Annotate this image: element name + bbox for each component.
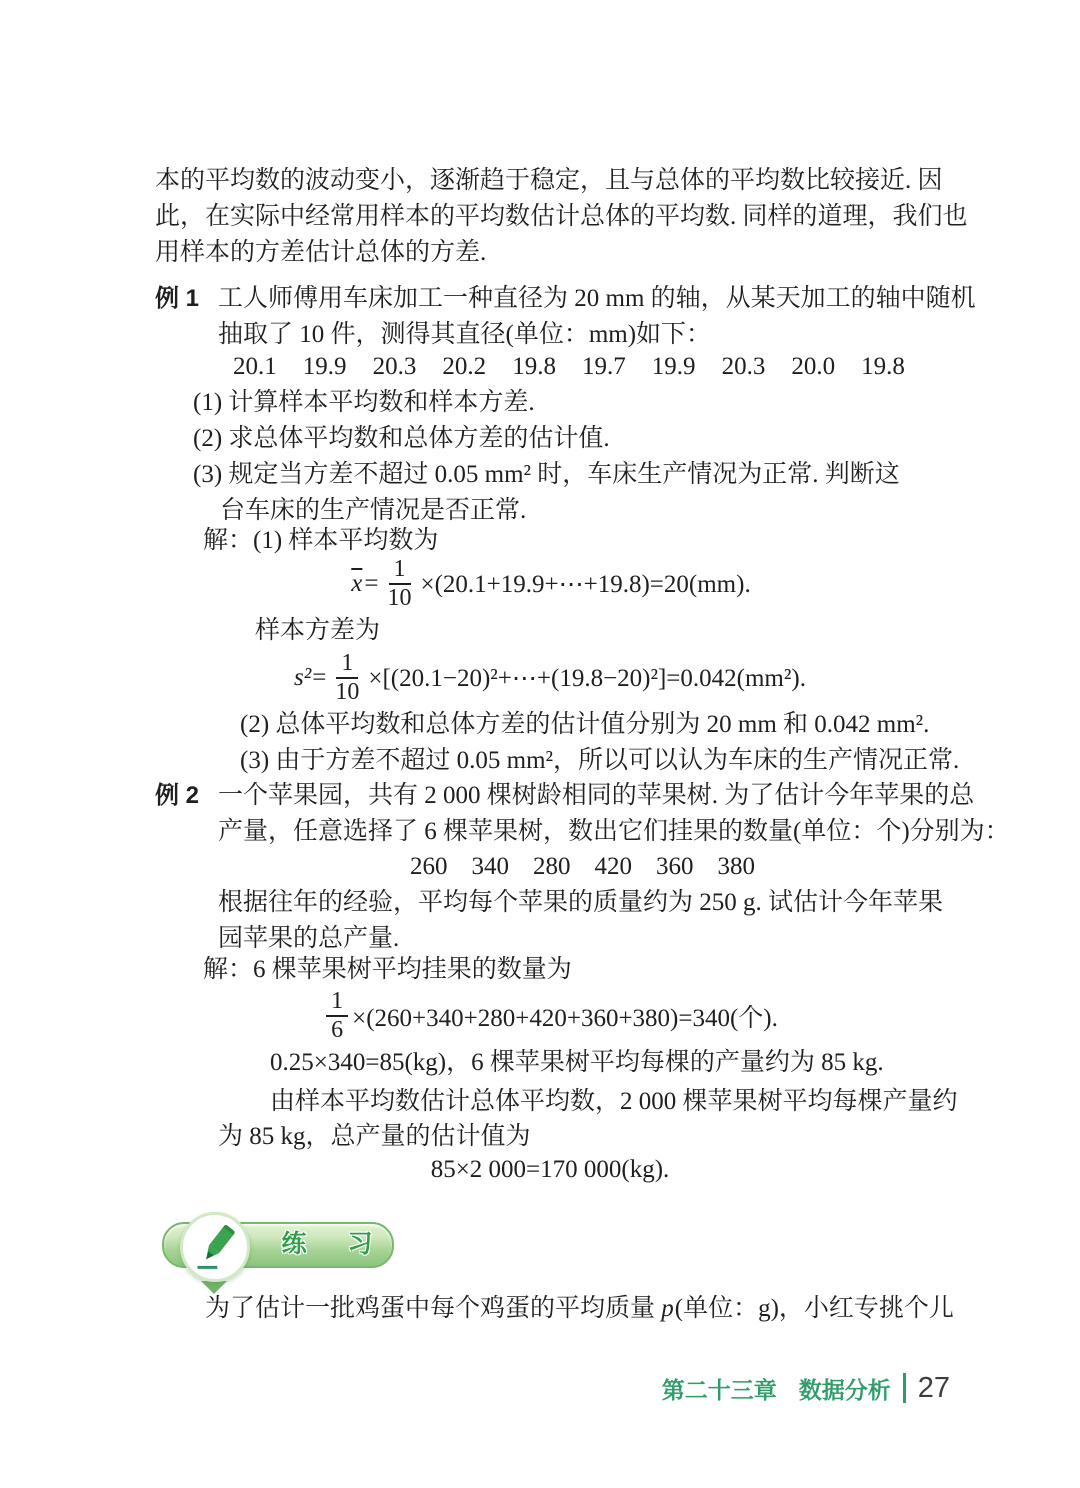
- example1-question-2: (2) 求总体平均数和总体方差的估计值.: [193, 422, 983, 456]
- page-footer: 第二十三章 数据分析 27: [155, 1368, 950, 1408]
- total-formula-expression: 85×2 000=170 000(kg).: [431, 1156, 670, 1184]
- practice-badge-label: 练 习: [276, 1227, 386, 1261]
- data-value: 20.3: [722, 350, 766, 384]
- total-formula: 85×2 000=170 000(kg).: [155, 1150, 945, 1190]
- data-value: 20.1: [233, 350, 277, 384]
- footer-chapter: 第二十三章: [662, 1372, 777, 1405]
- example2-mass-line: 0.25×340=85(kg)，6 棵苹果树平均每棵的产量约为 85 kg.: [270, 1046, 1060, 1080]
- example1-data-row: 20.1 19.9 20.3 20.2 19.8 19.7 19.9 20.3 …: [233, 350, 905, 384]
- practice-badge-circle: [180, 1212, 250, 1282]
- data-value: 280: [533, 850, 571, 884]
- example1-answer-2: (2) 总体平均数和总体方差的估计值分别为 20 mm 和 0.042 mm².: [240, 708, 1030, 742]
- pencil-icon: [187, 1219, 243, 1275]
- example2-body-line: 一个苹果园，共有 2 000 棵树龄相同的苹果树. 为了估计今年苹果的总: [218, 779, 1008, 813]
- example2-estimate-line: 为 85 kg，总产量的估计值为: [218, 1120, 1008, 1154]
- example2-solution-intro: 解：6 棵苹果树平均挂果的数量为: [203, 953, 993, 987]
- data-value: 19.8: [861, 350, 905, 384]
- practice-badge: 练 习: [158, 1210, 408, 1296]
- example1-question-3-line: (3) 规定当方差不超过 0.05 mm² 时，车床生产情况为正常. 判断这: [193, 458, 983, 492]
- variance-label: 样本方差为: [255, 614, 1045, 648]
- data-value: 20.0: [791, 350, 835, 384]
- practice-text-post: (单位：g)，小红专挑个儿: [675, 1295, 954, 1322]
- equals-sign: =: [364, 570, 378, 598]
- average-formula: 16×(260+340+280+420+360+380)=340(个).: [155, 984, 945, 1048]
- mean-formula: x=110×(20.1+19.9+⋯+19.8)=20(mm).: [155, 552, 945, 616]
- p-variable: p: [661, 1295, 675, 1322]
- textbook-page: 本的平均数的波动变小，逐渐趋于稳定，且与总体的平均数比较接近. 因 此，在实际中…: [0, 0, 1080, 1488]
- fraction-denominator: 10: [383, 585, 417, 612]
- data-value: 340: [472, 850, 510, 884]
- data-value: 19.8: [512, 350, 556, 384]
- data-value: 260: [410, 850, 448, 884]
- fraction: 16: [326, 988, 348, 1044]
- variance-formula: s²=110×[(20.1−20)²+⋯+(19.8−20)²]=0.042(m…: [155, 646, 945, 710]
- fraction-numerator: 1: [389, 556, 411, 585]
- example1-question-1: (1) 计算样本平均数和样本方差.: [193, 386, 983, 420]
- example1-body-line: 工人师傅用车床加工一种直径为 20 mm 的轴，从某天加工的轴中随机: [218, 282, 1008, 316]
- data-value: 20.2: [442, 350, 486, 384]
- example2-note-line: 园苹果的总产量.: [218, 922, 1008, 956]
- practice-text-pre: 为了估计一批鸡蛋中每个鸡蛋的平均质量: [205, 1295, 661, 1322]
- example1-body-line: 抽取了 10 件，测得其直径(单位：mm)如下：: [218, 318, 1008, 352]
- footer-divider: [903, 1373, 906, 1403]
- data-value: 380: [718, 850, 756, 884]
- equals-sign: =: [312, 664, 326, 692]
- data-value: 20.3: [373, 350, 417, 384]
- s-squared-variable: s²: [294, 664, 312, 692]
- data-value: 19.7: [582, 350, 626, 384]
- variance-formula-expression: ×[(20.1−20)²+⋯+(19.8−20)²]=0.042(mm²).: [368, 663, 806, 693]
- example1-question-3-line: 台车床的生产情况是否正常.: [220, 494, 1010, 528]
- example1-answer-3: (3) 由于方差不超过 0.05 mm²，所以可以认为车床的生产情况正常.: [240, 744, 1030, 778]
- fraction-numerator: 1: [336, 650, 358, 679]
- example2-estimate-line: 由样本平均数估计总体平均数，2 000 棵苹果树平均每棵产量约: [270, 1085, 1060, 1119]
- fraction-denominator: 6: [326, 1017, 348, 1044]
- example1-label: 例 1: [155, 282, 199, 316]
- mean-formula-expression: ×(20.1+19.9+⋯+19.8)=20(mm).: [421, 569, 751, 599]
- data-value: 420: [595, 850, 633, 884]
- fraction-denominator: 10: [330, 679, 364, 706]
- xbar-variable: x: [349, 570, 364, 598]
- data-value: 19.9: [303, 350, 347, 384]
- data-value: 360: [656, 850, 694, 884]
- example2-body-line: 产量，任意选择了 6 棵苹果树，数出它们挂果的数量(单位：个)分别为：: [218, 815, 1008, 849]
- intro-paragraph-line: 此，在实际中经常用样本的平均数估计总体的平均数. 同样的道理，我们也: [155, 200, 945, 234]
- average-formula-expression: ×(260+340+280+420+360+380)=340(个).: [352, 998, 778, 1034]
- intro-paragraph-line: 本的平均数的波动变小，逐渐趋于稳定，且与总体的平均数比较接近. 因: [155, 164, 945, 198]
- example2-label: 例 2: [155, 779, 199, 813]
- fraction: 110: [330, 650, 364, 706]
- example2-data-row: 260 340 280 420 360 380: [410, 850, 755, 884]
- data-value: 19.9: [652, 350, 696, 384]
- page-number: 27: [918, 1372, 950, 1405]
- fraction-numerator: 1: [326, 988, 348, 1017]
- intro-paragraph-line: 用样本的方差估计总体的方差.: [155, 236, 945, 270]
- fraction: 110: [383, 556, 417, 612]
- practice-text: 为了估计一批鸡蛋中每个鸡蛋的平均质量 p(单位：g)，小红专挑个儿: [155, 1292, 945, 1326]
- example2-note-line: 根据往年的经验，平均每个苹果的质量约为 250 g. 试估计今年苹果: [218, 886, 1008, 920]
- footer-section: 数据分析: [799, 1372, 891, 1405]
